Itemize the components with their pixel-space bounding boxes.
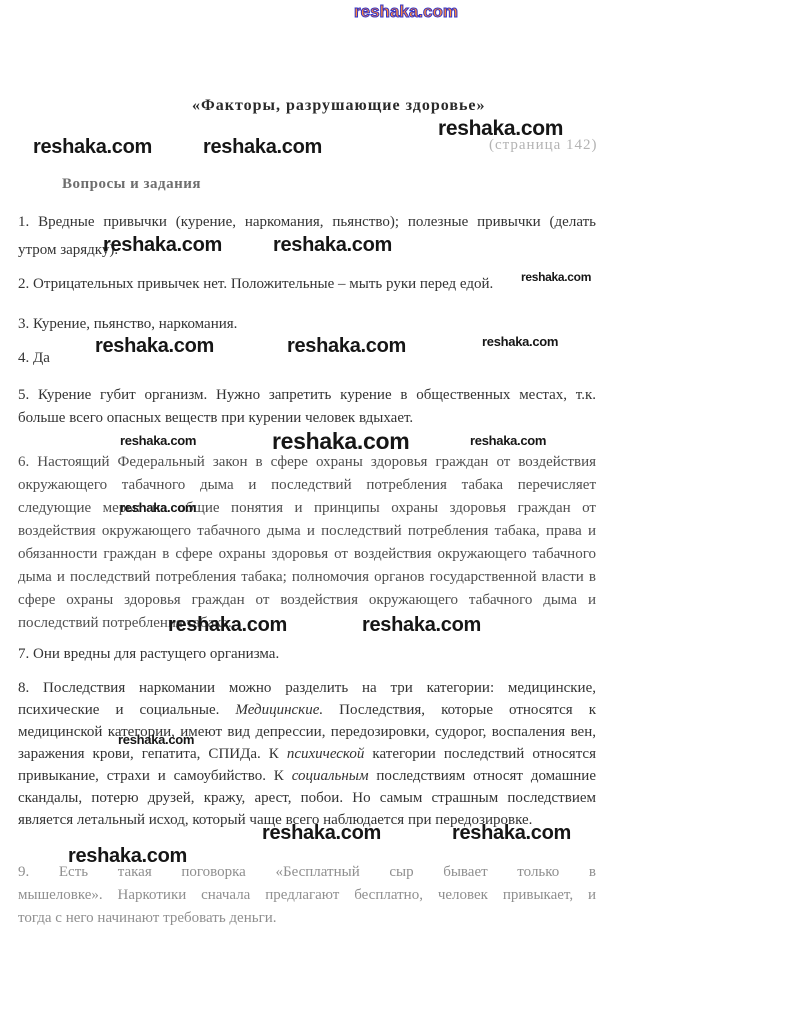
watermark: reshaka.com <box>287 335 406 358</box>
answer-paragraph-9-line-3: тогда с него начинают требовать деньги. <box>18 907 596 930</box>
watermark: reshaka.com <box>33 136 152 159</box>
answer-paragraph-8: 8. Последствия наркомании можно разделит… <box>18 677 596 831</box>
watermark: reshaka.com <box>118 732 194 747</box>
scanned-page: reshaka.com «Факторы, разрушающие здоров… <box>0 0 812 1026</box>
watermark: reshaka.com <box>95 335 214 358</box>
answer-paragraph-3: 3. Курение, пьянство, наркомания. <box>18 313 596 336</box>
answer-paragraph-7: 7. Они вредны для растущего организма. <box>18 643 596 666</box>
page-title: «Факторы, разрушающие здоровье» <box>192 97 612 115</box>
answer-paragraph-9-line-2: мышеловке». Наркотики сначала предлагают… <box>18 884 596 907</box>
watermark: reshaka.com <box>168 614 287 637</box>
watermark: reshaka.com <box>470 433 546 448</box>
watermark: reshaka.com <box>103 234 222 257</box>
answer-paragraph-6: 6. Настоящий Федеральный закон в сфере о… <box>18 451 596 635</box>
answer-8-segment-italic: психической <box>287 746 365 762</box>
watermark: reshaka.com <box>120 500 196 515</box>
watermark: reshaka.com <box>272 428 409 455</box>
watermark: reshaka.com <box>68 845 187 868</box>
watermark: reshaka.com <box>452 822 571 845</box>
watermark: reshaka.com <box>362 614 481 637</box>
watermark: reshaka.com <box>482 334 558 349</box>
section-heading: Вопросы и задания <box>62 176 201 193</box>
watermark: reshaka.com <box>438 117 563 141</box>
watermark: reshaka.com <box>203 136 322 159</box>
site-logo-watermark: reshaka.com <box>354 2 458 22</box>
watermark: reshaka.com <box>273 234 392 257</box>
answer-8-segment-italic: социальным <box>292 768 369 784</box>
watermark: reshaka.com <box>262 822 381 845</box>
watermark: reshaka.com <box>120 433 196 448</box>
watermark: reshaka.com <box>521 270 591 284</box>
answer-paragraph-5: 5. Курение губит организм. Нужно запрети… <box>18 384 596 430</box>
answer-paragraph-2: 2. Отрицательных привычек нет. Положител… <box>18 273 596 296</box>
answer-8-segment-italic: Медицинские. <box>235 702 323 718</box>
